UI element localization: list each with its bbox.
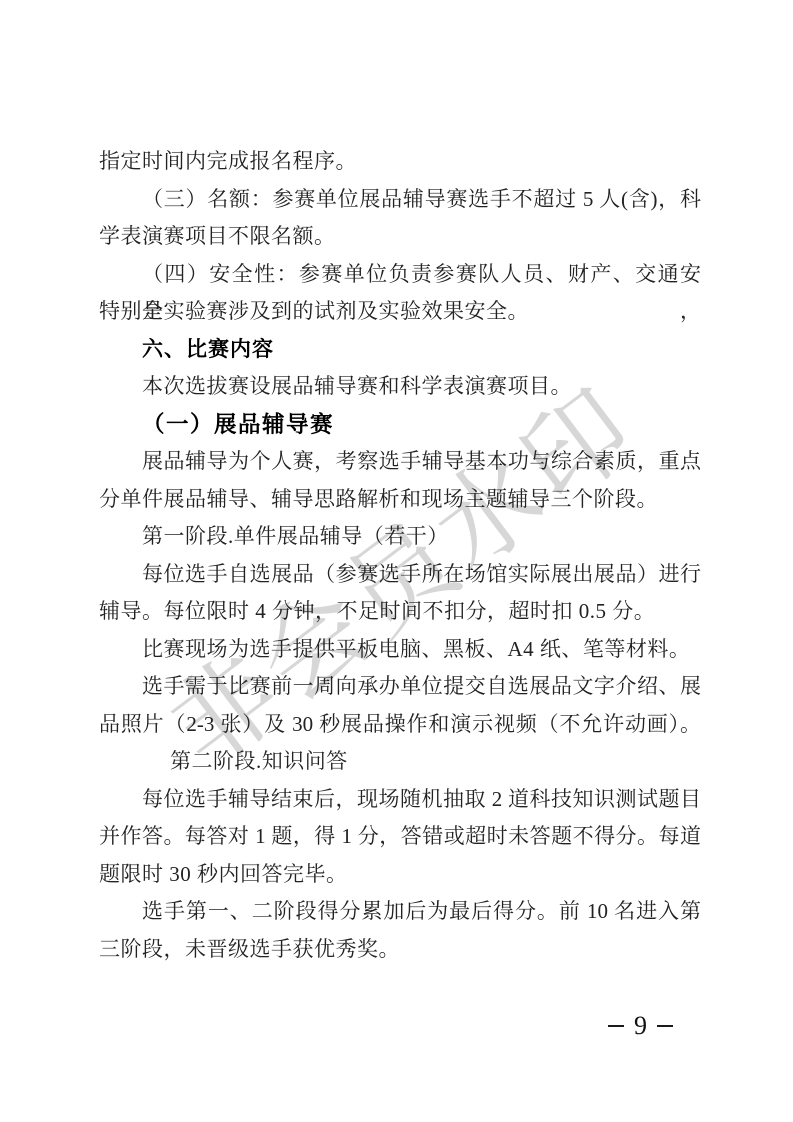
stage-1-title-line: 第一阶段.单件展品辅导（若干）: [99, 518, 701, 556]
doc-line-9: 展品辅导为个人赛，考察选手辅导基本功与综合素质，重点: [99, 443, 701, 481]
doc-line-19: 并作答。每答对 1 题，得 1 分，答错或超时未答题不得分。每道: [99, 818, 701, 856]
page-number-value: 9: [634, 1013, 647, 1039]
heading-section-6: 六、比赛内容: [99, 331, 701, 369]
doc-line-18: 每位选手辅导结束后，现场随机抽取 2 道科技知识测试题目: [99, 781, 701, 819]
doc-line-2: （三）名额：参赛单位展品辅导赛选手不超过 5 人(含)，科: [99, 181, 701, 219]
doc-line-20: 题限时 30 秒内回答完毕。: [99, 856, 701, 894]
page-number: 9: [608, 1013, 673, 1039]
doc-line-16: 品照片（2-3 张）及 30 秒展品操作和演示视频（不允许动画）。: [99, 706, 701, 744]
doc-line-12: 每位选手自选展品（参赛选手所在场馆实际展出展品）进行: [99, 556, 701, 594]
doc-line-7: 本次选拔赛设展品辅导赛和科学表演赛项目。: [99, 368, 701, 406]
doc-line-22: 三阶段，未晋级选手获优秀奖。: [99, 931, 701, 969]
doc-line-21: 选手第一、二阶段得分累加后为最后得分。前 10 名进入第: [99, 893, 701, 931]
document-page: 非会员水印 指定时间内完成报名程序。 （三）名额：参赛单位展品辅导赛选手不超过 …: [0, 0, 793, 1122]
doc-line-1: 指定时间内完成报名程序。: [99, 143, 701, 181]
doc-line-3: 学表演赛项目不限名额。: [99, 218, 701, 256]
doc-line-15: 选手需于比赛前一周向承办单位提交自选展品文字介绍、展: [99, 668, 701, 706]
doc-line-13: 辅导。每位限时 4 分钟，不足时间不扣分，超时扣 0.5 分。: [99, 593, 701, 631]
doc-line-14: 比赛现场为选手提供平板电脑、黑板、A4 纸、笔等材料。: [99, 631, 701, 669]
document-body: 指定时间内完成报名程序。 （三）名额：参赛单位展品辅导赛选手不超过 5 人(含)…: [99, 143, 701, 968]
page-number-right-dash: [657, 1025, 673, 1027]
doc-line-4: （四）安全性：参赛单位负责参赛队人员、财产、交通安全，: [99, 256, 701, 294]
page-number-left-dash: [608, 1025, 624, 1027]
heading-subsection-1: （一）展品辅导赛: [99, 406, 701, 444]
stage-2-title-line: 第二阶段.知识问答: [99, 743, 701, 781]
doc-line-10: 分单件展品辅导、辅导思路解析和现场主题辅导三个阶段。: [99, 481, 701, 519]
